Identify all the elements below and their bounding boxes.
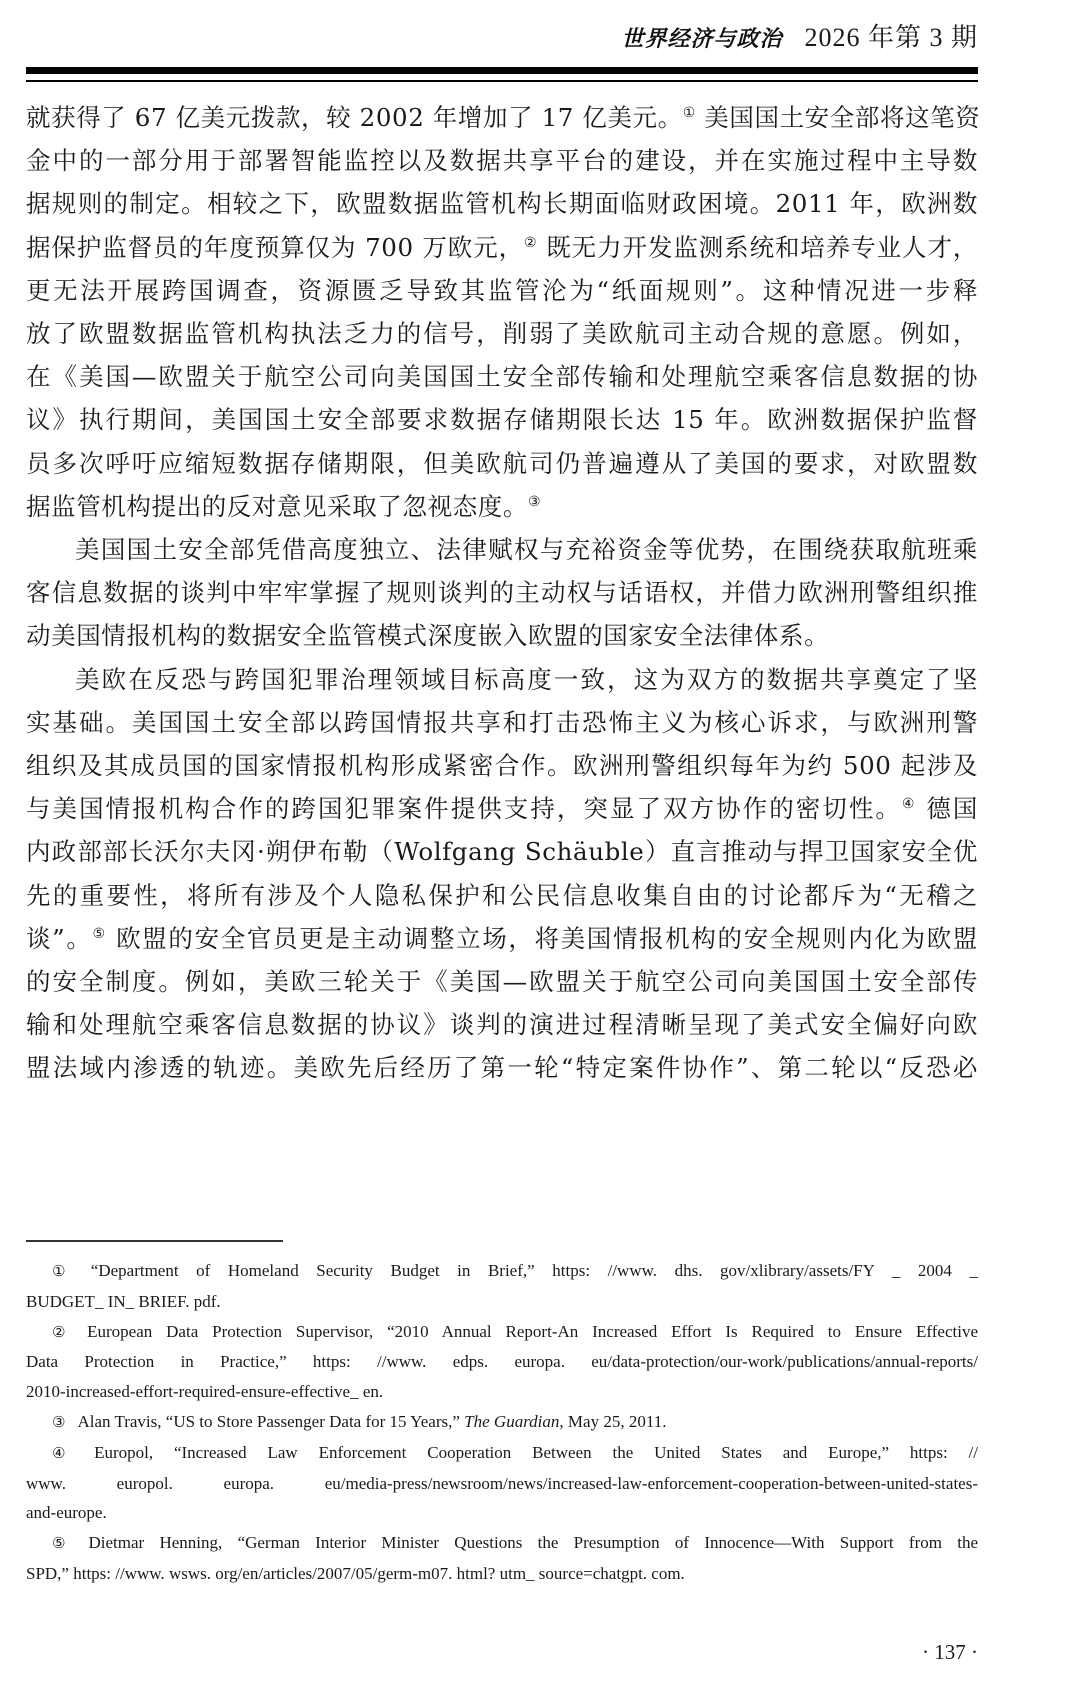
footnote-ref-1[interactable]: ①: [683, 105, 696, 121]
journal-logo: 世界经济与政治: [621, 26, 782, 52]
text-line: 输和处理航空乘客信息数据的协议》谈判的演进过程清晰呈现了美式安全偏好向欧: [26, 1003, 978, 1046]
footnote-separator: [26, 1240, 283, 1242]
footnote-1: ①“Department of Homeland Security Budget…: [26, 1256, 978, 1317]
paragraph-2: 美国国土安全部凭借高度独立、法律赋权与充裕资金等优势，在围绕获取航班乘 客信息数…: [26, 528, 978, 658]
footnote-number: ②: [52, 1323, 75, 1341]
footnote-number: ③: [52, 1413, 65, 1431]
text-line: 美欧在反恐与跨国犯罪治理领域目标高度一致，这为双方的数据共享奠定了坚: [26, 658, 978, 701]
text-line: 实基础。美国国土安全部以跨国情报共享和打击恐怖主义为核心诉求，与欧洲刑警: [26, 701, 978, 744]
text-line: 组织及其成员国的国家情报机构形成紧密合作。欧洲刑警组织每年为约 500 起涉及: [26, 744, 978, 787]
text-line: 更无法开展跨国调查，资源匮乏导致其监管沦为“纸面规则”。这种情况进一步释: [26, 269, 978, 312]
text-line: 的安全制度。例如，美欧三轮关于《美国—欧盟关于航空公司向美国国土安全部传: [26, 960, 978, 1003]
text-line: 客信息数据的谈判中牢牢掌握了规则谈判的主动权与话语权，并借力欧洲刑警组织推: [26, 571, 978, 614]
header-rule-thin: [26, 80, 978, 82]
footnote-ref-2[interactable]: ②: [524, 234, 537, 250]
running-header: 世界经济与政治2026 年第 3 期: [26, 18, 978, 58]
text-line: 先的重要性，将所有涉及个人隐私保护和公民信息收集自由的讨论都斥为“无稽之: [26, 874, 978, 917]
footnote-number: ⑤: [52, 1534, 77, 1552]
text-line: 放了欧盟数据监管机构执法乏力的信号，削弱了美欧航司主动合规的意愿。例如，: [26, 312, 978, 355]
text-line: 就获得了 67 亿美元拨款，较 2002 年增加了 17 亿美元。① 美国国土安…: [26, 96, 978, 139]
footnote-3: ③Alan Travis, “US to Store Passenger Dat…: [26, 1407, 978, 1438]
text-line: 内政部部长沃尔夫冈·朔伊布勒（Wolfgang Schäuble）直言推动与捍卫…: [26, 830, 978, 873]
text-line: 谈”。⑤ 欧盟的安全官员更是主动调整立场，将美国情报机构的安全规则内化为欧盟: [26, 917, 978, 960]
footnote-number: ④: [52, 1444, 82, 1462]
text-line: 动美国情报机构的数据安全监管模式深度嵌入欧盟的国家安全法律体系。: [26, 614, 978, 657]
text-line: 盟法域内渗透的轨迹。美欧先后经历了第一轮“特定案件协作”、第二轮以“反恐必: [26, 1046, 978, 1089]
body-text: 就获得了 67 亿美元拨款，较 2002 年增加了 17 亿美元。① 美国国土安…: [26, 96, 978, 1090]
publication-title: The Guardian: [464, 1412, 559, 1431]
text-line: 据保护监督员的年度预算仅为 700 万欧元，② 既无力开发监测系统和培养专业人才…: [26, 226, 978, 269]
footnote-ref-5[interactable]: ⑤: [92, 926, 106, 942]
paragraph-3: 美欧在反恐与跨国犯罪治理领域目标高度一致，这为双方的数据共享奠定了坚 实基础。美…: [26, 658, 978, 1090]
text-line: 金中的一部分用于部署智能监控以及数据共享平台的建设，并在实施过程中主导数: [26, 139, 978, 182]
footnote-5: ⑤Dietmar Henning, “German Interior Minis…: [26, 1528, 978, 1589]
header-rule-thick: [26, 67, 978, 74]
footnote-2: ②European Data Protection Supervisor, “2…: [26, 1317, 978, 1407]
footnote-ref-4[interactable]: ④: [902, 796, 917, 812]
footnotes: ①“Department of Homeland Security Budget…: [26, 1256, 978, 1589]
text-line: 在《美国—欧盟关于航空公司向美国国土安全部传输和处理航空乘客信息数据的协: [26, 355, 978, 398]
text-line: 员多次呼吁应缩短数据存储期限，但美欧航司仍普遍遵从了美国的要求，对欧盟数: [26, 442, 978, 485]
text-line: 据监管机构提出的反对意见采取了忽视态度。③: [26, 485, 978, 528]
text-line: 议》执行期间，美国国土安全部要求数据存储期限长达 15 年。欧洲数据保护监督: [26, 398, 978, 441]
footnote-ref-3[interactable]: ③: [528, 494, 541, 510]
text-line: 据规则的制定。相较之下，欧盟数据监管机构长期面临财政困境。2011 年，欧洲数: [26, 182, 978, 225]
paragraph-1: 就获得了 67 亿美元拨款，较 2002 年增加了 17 亿美元。① 美国国土安…: [26, 96, 978, 528]
footnote-4: ④Europol, “Increased Law Enforcement Coo…: [26, 1438, 978, 1528]
issue-label: 2026 年第 3 期: [804, 23, 978, 52]
text-line: 与美国情报机构合作的跨国犯罪案件提供支持，突显了双方协作的密切性。④ 德国: [26, 787, 978, 830]
footnote-number: ①: [52, 1262, 79, 1280]
text-line: 美国国土安全部凭借高度独立、法律赋权与充裕资金等优势，在围绕获取航班乘: [26, 528, 978, 571]
page-number: · 137 ·: [900, 1640, 978, 1665]
